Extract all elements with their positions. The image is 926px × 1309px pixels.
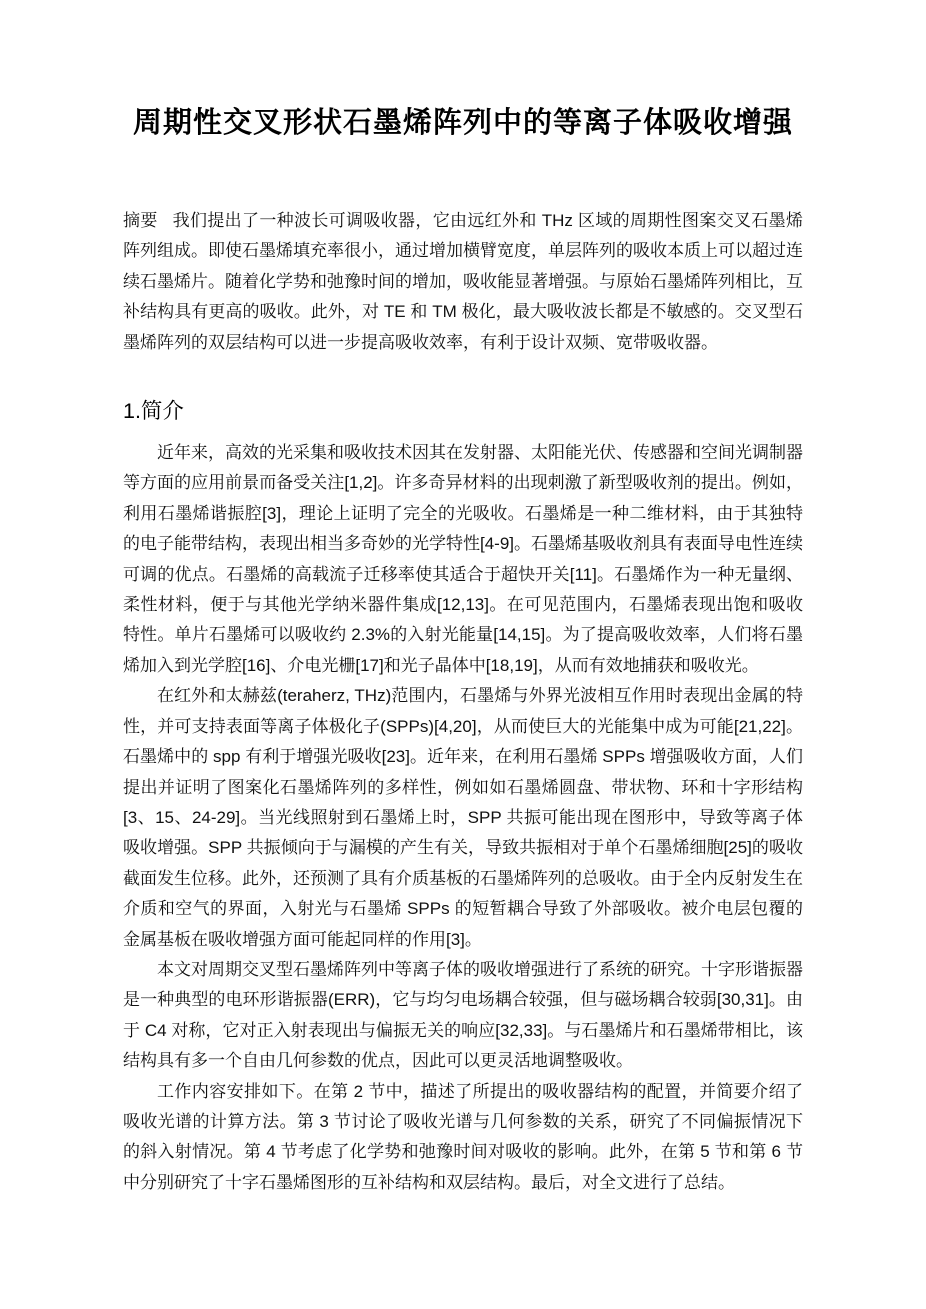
section-heading-introduction: 1.简介 xyxy=(123,397,803,425)
abstract-text: 我们提出了一种波长可调吸收器，它由远红外和 THz 区域的周期性图案交叉石墨烯阵… xyxy=(123,211,803,352)
abstract: 摘要我们提出了一种波长可调吸收器，它由远红外和 THz 区域的周期性图案交叉石墨… xyxy=(123,206,803,358)
paragraph-3: 本文对周期交叉型石墨烯阵列中等离子体的吸收增强进行了系统的研究。十字形谐振器是一… xyxy=(123,955,803,1077)
paragraph-2: 在红外和太赫兹(teraherz, THz)范围内，石墨烯与外界光波相互作用时表… xyxy=(123,681,803,955)
paragraph-4: 工作内容安排如下。在第 2 节中，描述了所提出的吸收器结构的配置，并简要介绍了吸… xyxy=(123,1077,803,1199)
abstract-label: 摘要 xyxy=(123,211,158,230)
paragraph-1: 近年来，高效的光采集和吸收技术因其在发射器、太阳能光伏、传感器和空间光调制器等方… xyxy=(123,438,803,681)
paper-title: 周期性交叉形状石墨烯阵列中的等离子体吸收增强 xyxy=(123,103,803,143)
document-page: 周期性交叉形状石墨烯阵列中的等离子体吸收增强 摘要我们提出了一种波长可调吸收器，… xyxy=(0,0,926,1309)
